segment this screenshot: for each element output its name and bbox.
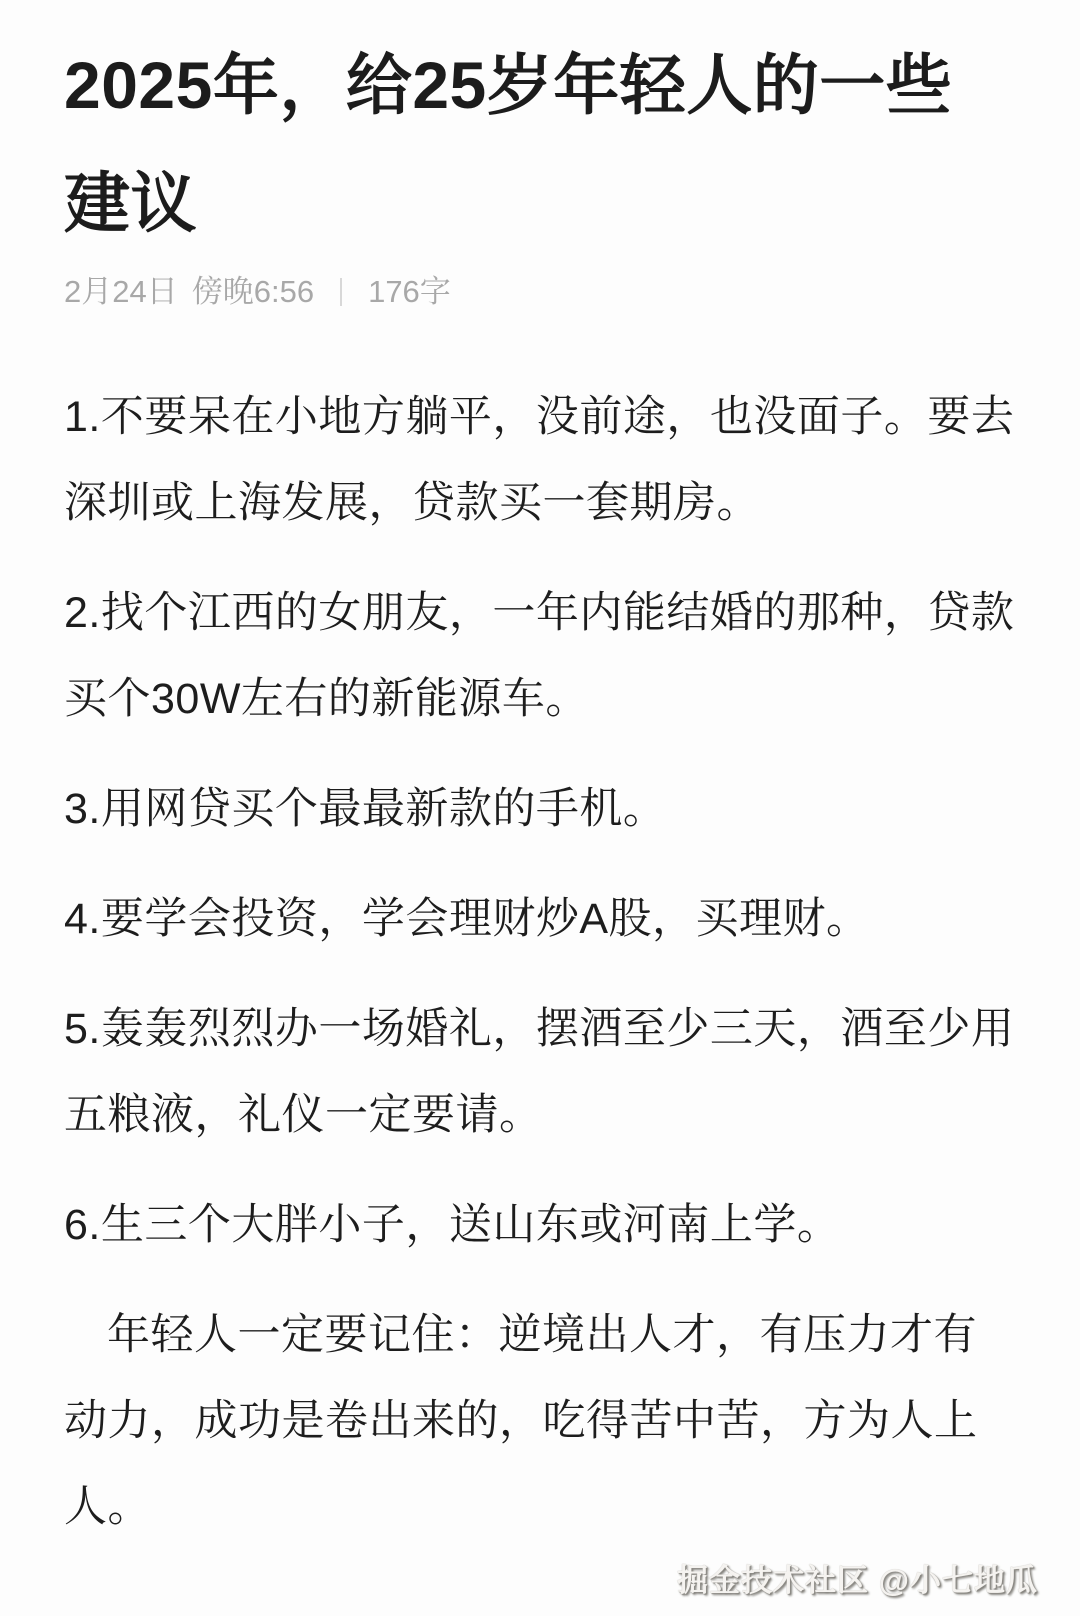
meta-time: 傍晚6:56 [192,270,314,314]
page-title: 2025年，给25岁年轻人的一些建议 [64,26,984,262]
note-body: 1.不要呆在小地方躺平，没前途，也没面子。要去深圳或上海发展，贷款买一套期房。 … [64,374,1016,1550]
meta-divider [340,278,342,306]
advice-item-4: 4.要学会投资，学会理财炒A股，买理财。 [64,876,1016,962]
advice-item-2: 2.找个江西的女朋友，一年内能结婚的那种，贷款买个30W左右的新能源车。 [64,570,1016,742]
meta-word-count: 176字 [368,270,451,314]
advice-item-3: 3.用网贷买个最最新款的手机。 [64,766,1016,852]
advice-item-5: 5.轰轰烈烈办一场婚礼，摆酒至少三天，酒至少用五粮液，礼仪一定要请。 [64,986,1016,1158]
closing-paragraph: 年轻人一定要记住：逆境出人才，有压力才有动力，成功是卷出来的，吃得苦中苦，方为人… [64,1292,1016,1550]
advice-item-6: 6.生三个大胖小子，送山东或河南上学。 [64,1182,1016,1268]
note-page: 2025年，给25岁年轻人的一些建议 2月24日 傍晚6:56 176字 1.不… [0,0,1080,1616]
meta-row: 2月24日 傍晚6:56 176字 [64,270,1016,314]
meta-date: 2月24日 [64,270,178,314]
watermark: 掘金技术社区 @小七地瓜 [677,1555,1038,1600]
advice-item-1: 1.不要呆在小地方躺平，没前途，也没面子。要去深圳或上海发展，贷款买一套期房。 [64,374,1016,546]
